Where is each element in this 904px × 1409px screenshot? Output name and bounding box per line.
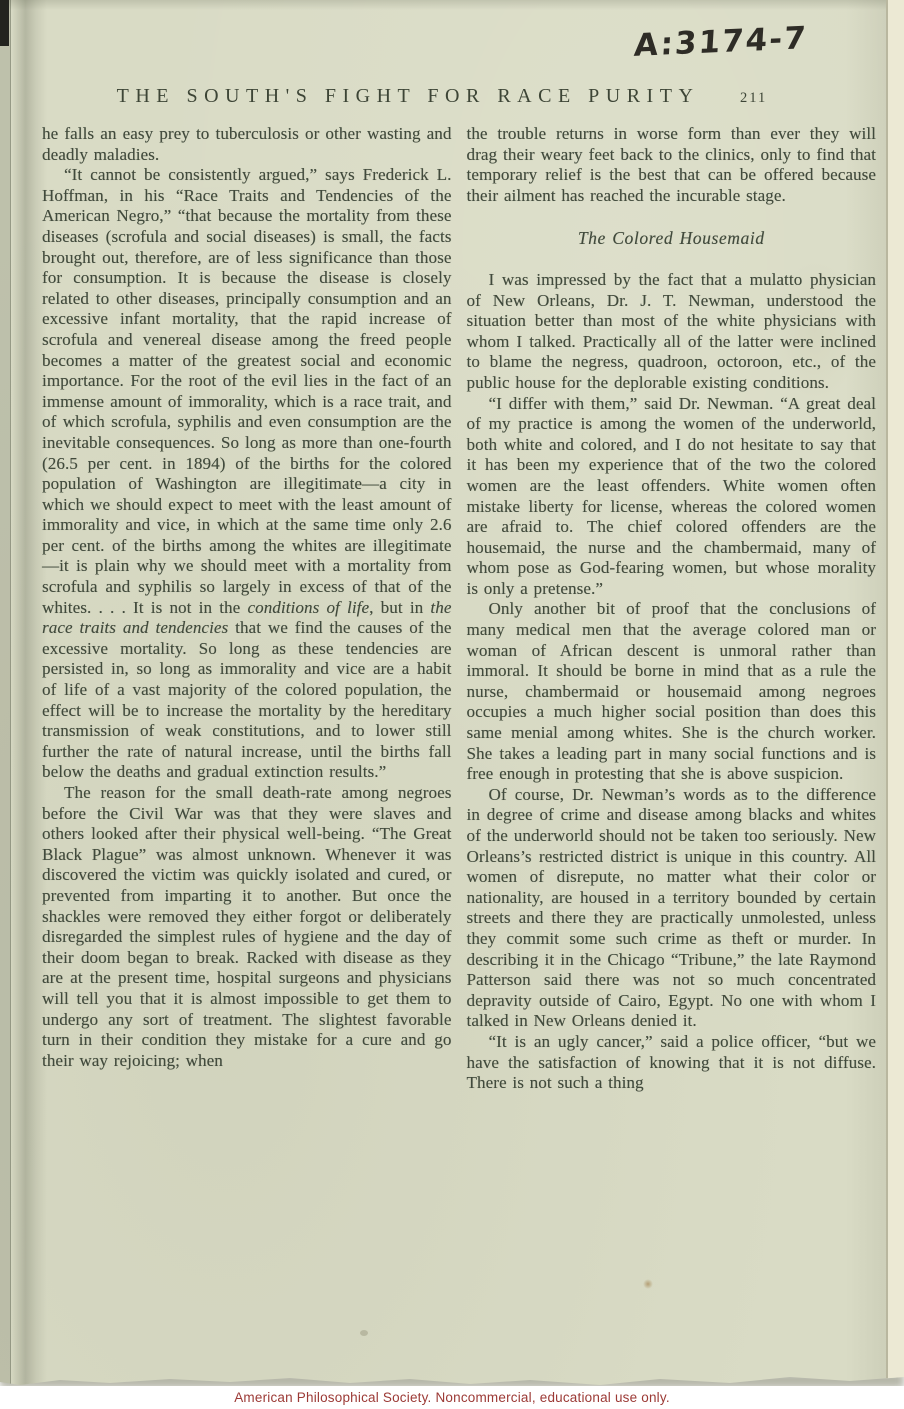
page-number: 211 [740, 90, 767, 107]
footer: American Philosophical Society. Noncomme… [0, 1386, 904, 1409]
section-heading: The Colored Housemaid [467, 228, 877, 249]
paragraph: Of course, Dr. Newman’s words as to the … [467, 785, 877, 1032]
article-body: he falls an easy prey to tuberculosis or… [42, 124, 876, 1094]
scanned-page: A:3174-7 THE SOUTH'S FIGHT FOR RACE PURI… [0, 0, 904, 1390]
paragraph: “It is an ugly cancer,” said a police of… [467, 1032, 877, 1094]
running-head-title: THE SOUTH'S FIGHT FOR RACE PURITY [108, 85, 708, 108]
paragraph: I was impressed by the fact that a mulat… [467, 270, 877, 394]
paragraph: “I differ with them,” said Dr. Newman. “… [467, 394, 877, 600]
paragraph: he falls an easy prey to tuberculosis or… [42, 124, 452, 165]
paper-stain [360, 1330, 368, 1336]
paragraph-text: “It cannot be consistently argued,” says… [42, 165, 452, 616]
left-column: he falls an easy prey to tuberculosis or… [42, 124, 452, 1094]
paragraph: The reason for the small death-rate amon… [42, 783, 452, 1071]
paper-stain [643, 1279, 653, 1289]
paragraph-text: , but in [369, 598, 430, 617]
page-edge-left [0, 0, 11, 1390]
paragraph: the trouble returns in worse form than e… [467, 124, 877, 206]
page-edge-right [886, 0, 904, 1390]
scanner-corner [0, 0, 9, 46]
right-column: the trouble returns in worse form than e… [467, 124, 877, 1094]
italic-phrase: conditions of life [247, 598, 369, 617]
credit-line: American Philosophical Society. Noncomme… [234, 1390, 670, 1405]
paragraph: “It cannot be consistently argued,” says… [42, 165, 452, 783]
paragraph: Only another bit of proof that the concl… [467, 599, 877, 784]
handwritten-annotation: A:3174-7 [633, 20, 809, 64]
top-edge-shadow [0, 0, 904, 10]
paragraph-text: that we find the causes of the excessive… [42, 618, 452, 781]
